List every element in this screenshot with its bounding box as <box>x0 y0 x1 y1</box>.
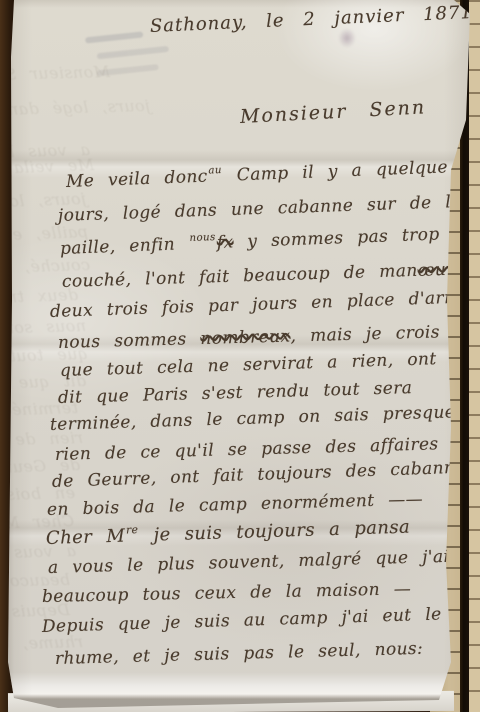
ghost-line: jours, logé dans une cabanne sur de la <box>0 96 150 125</box>
handwritten-line: Me veila doncau Camp il y a quelque <box>66 157 449 192</box>
line-text: a vous le plus souvent, malgré que j'aim… <box>48 546 477 578</box>
letter-photo: Me veila doncau Camp il y a quelquejours… <box>0 0 480 712</box>
handwritten-line: couché, l'ont fait beaucoup de manœuvres <box>62 259 480 292</box>
handwritten-line: en bois da le camp enormément —— <box>47 489 424 519</box>
handwritten-line: nous sommes nombreux, mais je crois <box>58 322 440 353</box>
line-text: terminée, dans le camp on sais presque <box>50 402 456 435</box>
line-text: paille, enfin <box>60 234 190 259</box>
ledger-edge-sliver <box>469 0 480 712</box>
line-text: couché, l'ont fait beaucoup de man <box>62 261 418 292</box>
handwritten-line: terminée, dans le camp on sais presque <box>50 402 456 435</box>
letter-sheet: Me veila doncau Camp il y a quelquejours… <box>0 0 480 712</box>
dateline: Sathonay, le 2 janvier 1871 <box>150 2 474 37</box>
embossed-stamp-icon <box>81 26 197 99</box>
line-text: Me veila donc <box>66 167 208 192</box>
line-text: que tout cela ne servirat a rien, ont <box>60 349 437 381</box>
handwritten-line: dit que Paris s'est rendu tout sera <box>58 378 413 408</box>
line-text: Camp il y a quelque <box>223 157 449 186</box>
line-text: Cher M <box>46 526 126 549</box>
inserted-word: au <box>208 165 222 177</box>
line-text: jours, logé dans une cabanne sur de la <box>58 192 462 226</box>
line-text: nous sommes <box>58 329 201 353</box>
handwritten-line: jours, logé dans une cabanne sur de la <box>58 192 462 226</box>
handwritten-line: paille, enfin nousfx y sommes pas trop m… <box>60 223 480 259</box>
line-text: je suis toujours a pansa <box>139 517 410 546</box>
ghost-line: a vous le plus souvent, malgré que j'aim… <box>0 140 90 170</box>
handwritten-line: deux trois fois par jours en place d'arm… <box>50 287 472 322</box>
handwritten-line: Depuis que je suis au camp j'ai eut le <box>42 604 442 637</box>
handwritten-line: que tout cela ne servirat a rien, ont <box>60 349 437 381</box>
line-text: dit que Paris s'est rendu tout sera <box>58 378 413 408</box>
struck-word: fx <box>216 232 233 253</box>
handwritten-line: a vous le plus souvent, malgré que j'aim… <box>48 546 477 578</box>
handwritten-line: beaucoup tous ceux de la maison — <box>42 579 412 607</box>
handwritten-line: Cher Mre je suis toujours a pansa <box>46 517 411 549</box>
struck-word: nombreux <box>200 327 291 350</box>
inserted-word: re <box>126 523 139 536</box>
handwritten-line: rhume, et je suis pas le seul, nous: <box>55 639 424 669</box>
line-text: y sommes pas trop mal <box>233 223 480 253</box>
ink-smudge <box>338 28 356 48</box>
inserted-word: nous <box>189 232 215 244</box>
line-text: rhume, et je suis pas le seul, nous: <box>55 639 424 669</box>
line-text: , mais je crois <box>290 322 440 346</box>
line-text: en bois da le camp enormément —— <box>47 489 424 519</box>
line-text: deux trois fois par jours en place d'arm… <box>50 287 472 322</box>
salutation: Monsieur Senn <box>239 96 426 128</box>
line-text: beaucoup tous ceux de la maison — <box>42 579 412 607</box>
line-text: Depuis que je suis au camp j'ai eut le <box>42 604 442 637</box>
